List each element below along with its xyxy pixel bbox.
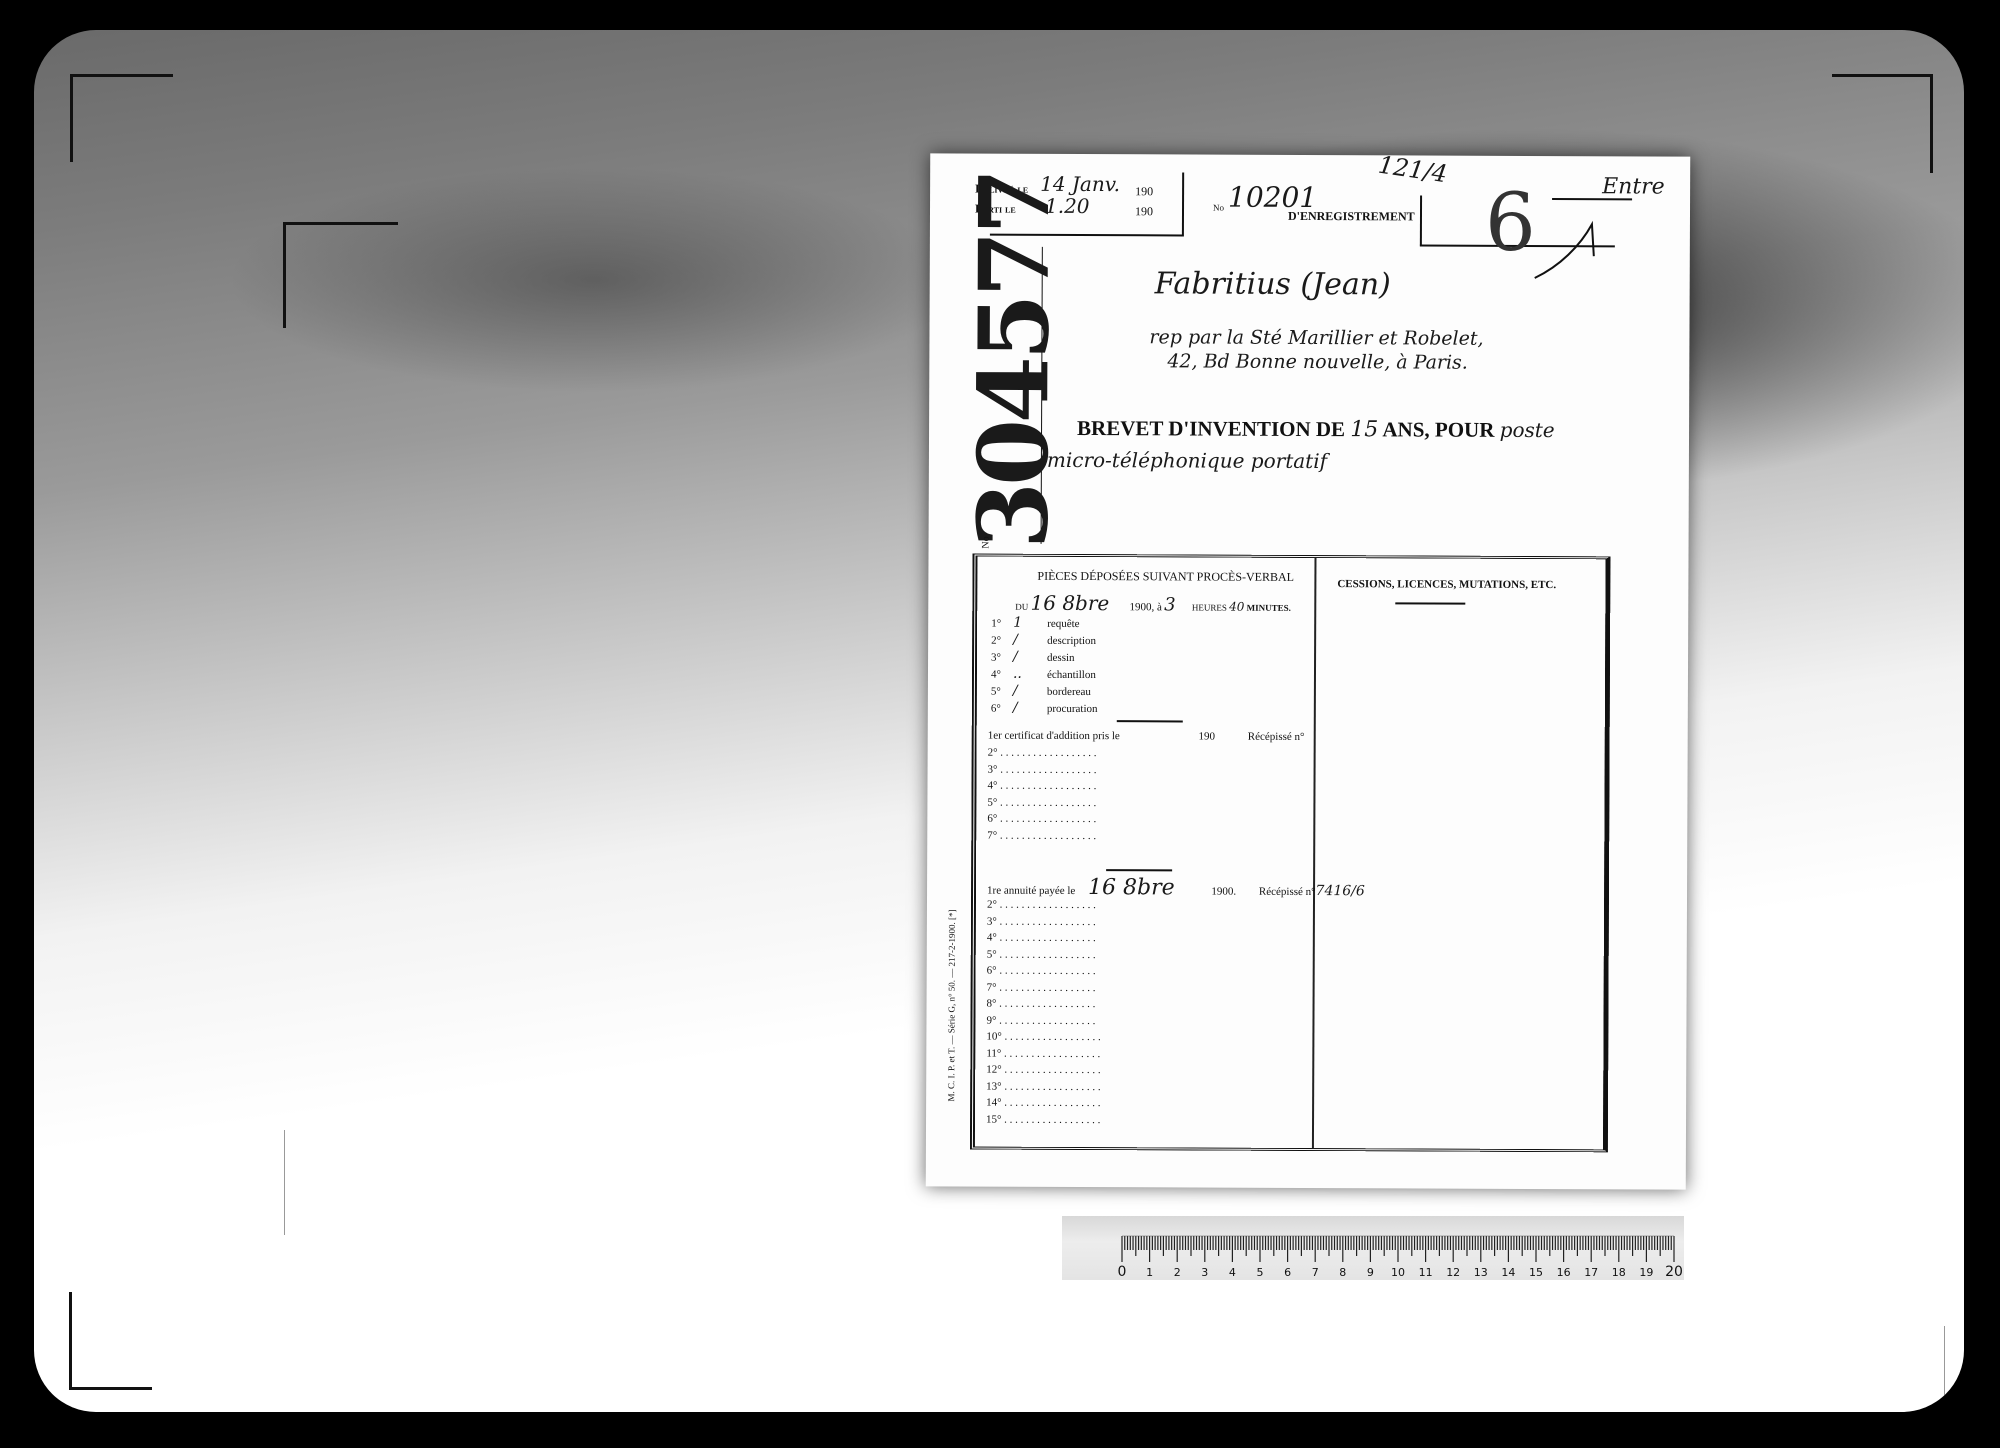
svg-text:10: 10 — [1391, 1266, 1405, 1279]
svg-text:2: 2 — [1174, 1266, 1181, 1279]
applicant-name: Fabritius (Jean) — [1155, 266, 1391, 302]
annotation-digit: 6 — [1485, 176, 1536, 269]
svg-text:16: 16 — [1557, 1266, 1571, 1279]
svg-text:9: 9 — [1367, 1266, 1374, 1279]
box-divider — [1312, 558, 1317, 1148]
annuite-row: 14° . . . . . . . . . . . . . . . . . . — [986, 1097, 1100, 1109]
piece-row: 2°/description — [991, 632, 1096, 648]
corner-mark-bottom-right — [1864, 1326, 1945, 1412]
representative-line-1: rep par la Sté Marillier et Robelet, — [1149, 326, 1483, 349]
annuite-row: 15° . . . . . . . . . . . . . . . . . . — [986, 1113, 1100, 1125]
piece-row: 4°..échantillon — [991, 666, 1096, 682]
svg-text:18: 18 — [1612, 1266, 1626, 1279]
annotation-number: 121/4 — [1377, 151, 1449, 189]
annuite-row: 10° . . . . . . . . . . . . . . . . . . — [986, 1031, 1100, 1043]
certificats-separator — [1106, 869, 1172, 871]
annuite-row: 3° . . . . . . . . . . . . . . . . . . — [987, 915, 1096, 927]
certificat-row: 2° . . . . . . . . . . . . . . . . . . — [988, 747, 1097, 759]
annuite-first-row: 1re annuité payée le 16 8bre 1900. Récép… — [987, 875, 1365, 902]
svg-text:20: 20 — [1665, 1264, 1683, 1280]
annuite-row: 8° . . . . . . . . . . . . . . . . . . — [987, 998, 1096, 1010]
svg-text:19: 19 — [1639, 1266, 1653, 1279]
annotation-stroke — [1530, 216, 1600, 286]
svg-text:8: 8 — [1339, 1266, 1346, 1279]
title-prefix: BREVET D'INVENTION DE — [1077, 416, 1345, 441]
cessions-separator — [1395, 602, 1465, 604]
registration-label: D'ENREGISTREMENT — [1288, 209, 1415, 225]
annuites-list: 2° . . . . . . . . . . . . . . . . . .3°… — [977, 557, 1605, 560]
ruler-scale: 01234567891011121314151617181920 — [1062, 1216, 1684, 1280]
title-ans-pour: ANS, POUR — [1382, 417, 1494, 441]
corner-mark-top-right — [1832, 74, 1933, 173]
title-subject-line-1: poste — [1500, 418, 1555, 442]
annuite-row: 2° . . . . . . . . . . . . . . . . . . — [987, 899, 1096, 911]
certificats-list: 2° . . . . . . . . . . . . . . . . . .3°… — [977, 557, 1605, 560]
certificat-row: 4° . . . . . . . . . . . . . . . . . . — [987, 780, 1096, 792]
annotation-bracket-vertical — [1420, 195, 1422, 245]
delivre-year: 190 — [1135, 184, 1153, 199]
representative-line-2: 42, Bd Bonne nouvelle, à Paris. — [1167, 350, 1468, 373]
piece-row: 5°/bordereau — [991, 683, 1091, 699]
annuite-row: 11° . . . . . . . . . . . . . . . . . . — [986, 1047, 1100, 1059]
cessions-heading: CESSIONS, LICENCES, MUTATIONS, ETC. — [1337, 578, 1556, 591]
patent-register-card: Délivré le 14 Janv. 190 Parti le 1.20 19… — [926, 153, 1691, 1189]
annuite-row: 5° . . . . . . . . . . . . . . . . . . — [987, 948, 1096, 960]
annuite-row: 4° . . . . . . . . . . . . . . . . . . — [987, 932, 1096, 944]
printer-imprint: M. C. I. P. et T. — Série G, n° 50. — 21… — [946, 909, 957, 1101]
corner-mark-top-left — [70, 74, 173, 162]
title-subject-line-2: micro-téléphonique portatif — [1047, 448, 1327, 473]
corner-mark-inner-bottom-left — [284, 1130, 285, 1235]
svg-text:0: 0 — [1118, 1264, 1127, 1280]
corner-mark-inner-top-left — [283, 222, 398, 328]
svg-text:4: 4 — [1229, 1266, 1236, 1279]
svg-text:7: 7 — [1312, 1266, 1319, 1279]
svg-text:15: 15 — [1529, 1266, 1543, 1279]
certificat-row: 6° . . . . . . . . . . . . . . . . . . — [987, 813, 1096, 825]
svg-text:3: 3 — [1201, 1266, 1208, 1279]
piece-row: 3°/dessin — [991, 649, 1075, 665]
svg-text:13: 13 — [1474, 1266, 1488, 1279]
header-divider — [1182, 172, 1184, 234]
certificat-row: 3° . . . . . . . . . . . . . . . . . . — [988, 763, 1097, 775]
annuite-row: 7° . . . . . . . . . . . . . . . . . . — [987, 981, 1096, 993]
pieces-list: 1°1requête2°/description3°/dessin4°..éch… — [977, 557, 1605, 560]
piece-row: 1°1requête — [991, 615, 1079, 631]
parti-year: 190 — [1135, 204, 1153, 219]
svg-text:5: 5 — [1257, 1266, 1264, 1279]
annuite-row: 13° . . . . . . . . . . . . . . . . . . — [986, 1080, 1100, 1092]
svg-text:11: 11 — [1419, 1266, 1433, 1279]
registration-no-prefix: No — [1213, 203, 1224, 213]
pieces-heading: PIÈCES DÉPOSÉES SUIVANT PROCÈS-VERBAL — [1037, 569, 1294, 585]
annuite-row: 6° . . . . . . . . . . . . . . . . . . — [987, 965, 1096, 977]
patent-number-prefix: No — [981, 536, 992, 548]
svg-text:14: 14 — [1501, 1266, 1515, 1279]
svg-text:1: 1 — [1146, 1266, 1153, 1279]
annuite-row: 9° . . . . . . . . . . . . . . . . . . — [986, 1014, 1095, 1026]
corner-mark-bottom-left — [69, 1292, 152, 1390]
svg-text:12: 12 — [1446, 1266, 1460, 1279]
svg-text:17: 17 — [1584, 1266, 1598, 1279]
certificat-first-row: 1er certificat d'addition pris le 190 Ré… — [988, 730, 1305, 743]
certificat-row: 7° . . . . . . . . . . . . . . . . . . — [987, 829, 1096, 841]
certificat-row: 5° . . . . . . . . . . . . . . . . . . — [987, 796, 1096, 808]
register-box: PIÈCES DÉPOSÉES SUIVANT PROCÈS-VERBAL DU… — [970, 554, 1611, 1153]
svg-text:6: 6 — [1284, 1266, 1291, 1279]
annuite-row: 12° . . . . . . . . . . . . . . . . . . — [986, 1064, 1100, 1076]
piece-row: 6°/procuration — [991, 700, 1098, 716]
annotation-underline — [1552, 198, 1632, 200]
measurement-ruler: 01234567891011121314151617181920 — [1062, 1216, 1684, 1280]
pieces-date-line: DU 16 8bre 1900, à 3 HEURES 40 MINUTES. — [1015, 591, 1291, 616]
annotation-corner: Entre — [1602, 174, 1665, 199]
patent-number: 304577 — [957, 172, 1072, 549]
patent-title: BREVET D'INVENTION DE 15 ANS, POUR poste — [1077, 416, 1555, 443]
title-years: 15 — [1350, 417, 1378, 442]
pieces-separator — [1117, 720, 1183, 722]
